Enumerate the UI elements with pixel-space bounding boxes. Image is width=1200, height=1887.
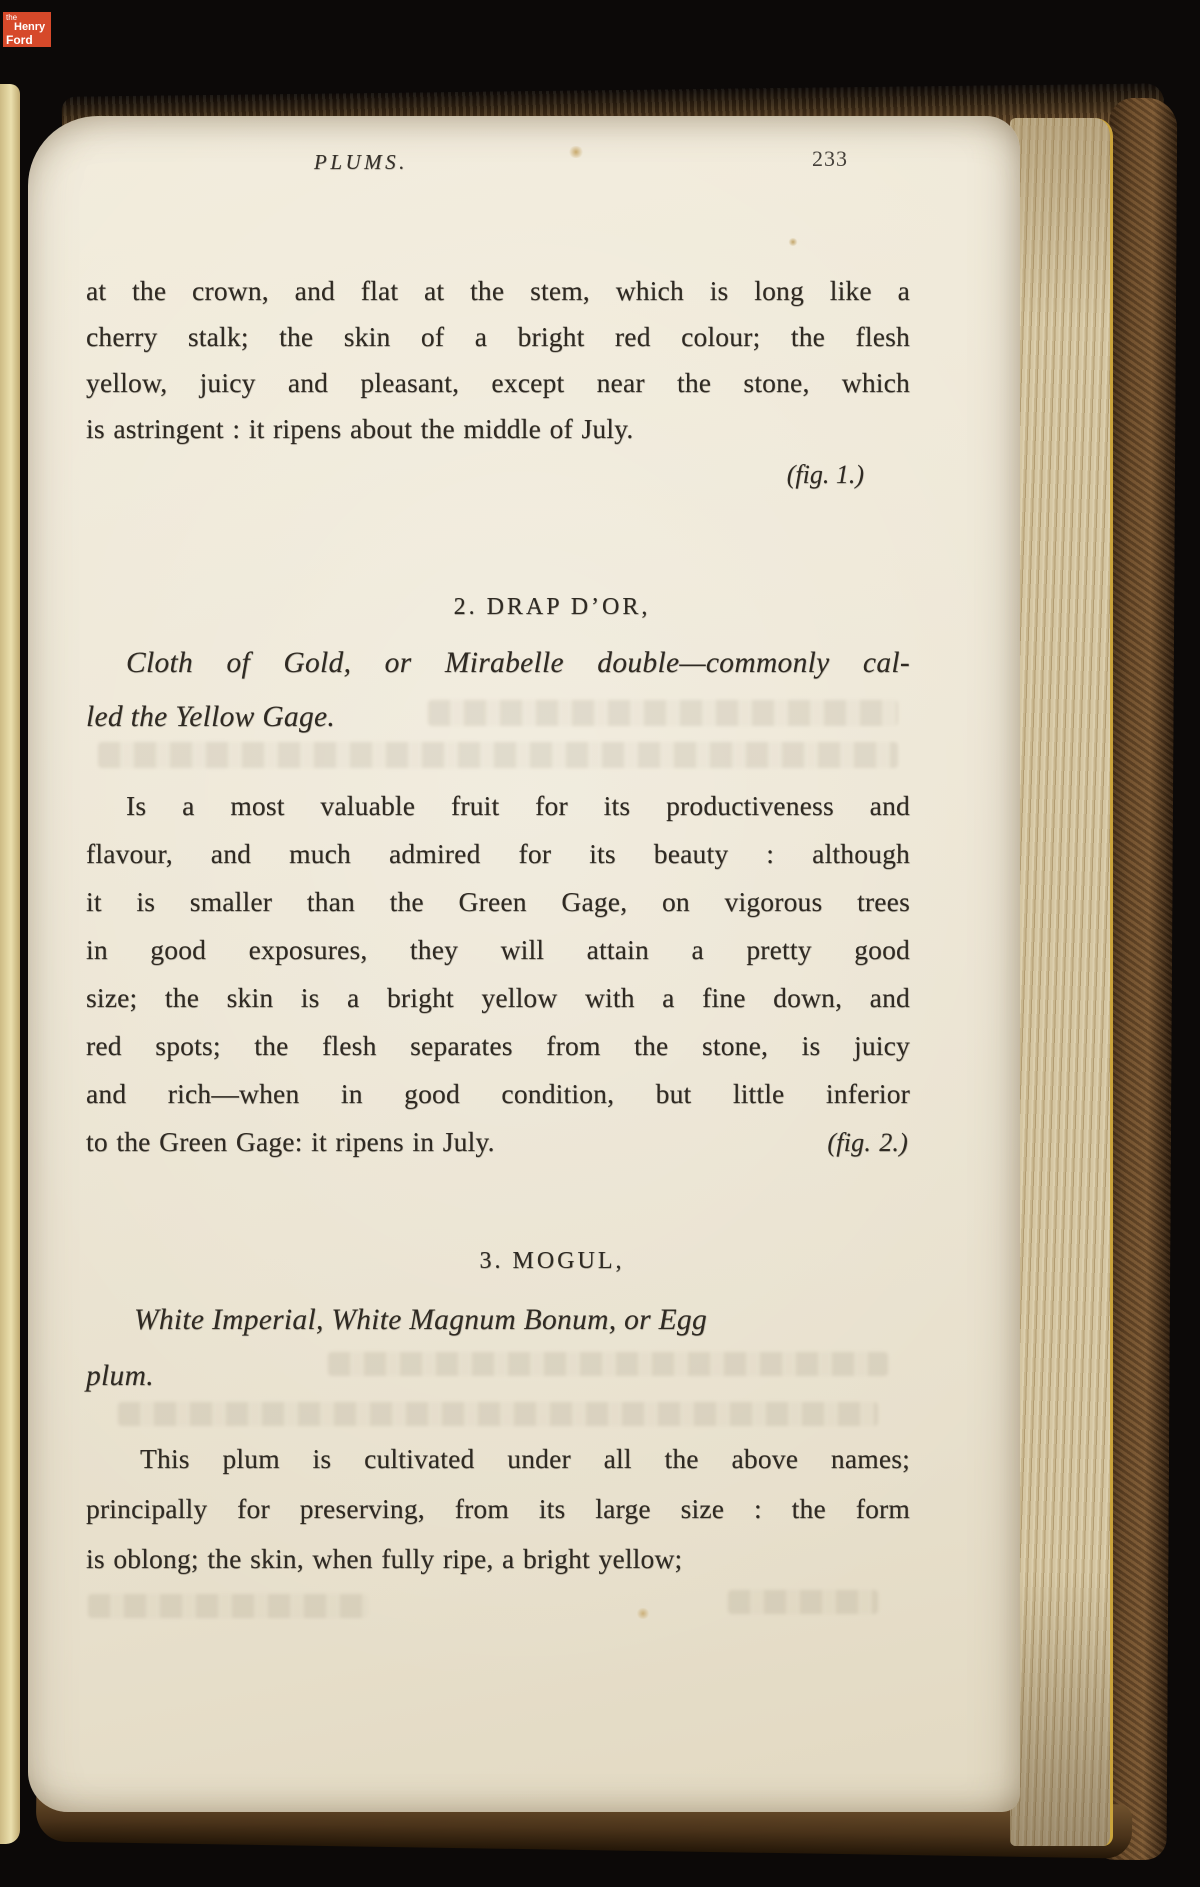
text-line: Is a most valuable fruit for its product… [86,782,910,830]
book-fore-edge-pages [1010,118,1113,1846]
figure-caption: (fig. 2.) [827,1119,910,1167]
text-line: to the Green Gage: it ripens in July. (f… [86,1118,910,1167]
book-page: PLUMS. 233 at the crown, and flat at the… [28,116,1020,1812]
text-line: flavour, and much admired for its beauty… [86,830,910,878]
underlying-page-edge [0,84,20,1844]
text-line: in good exposures, they will attain a pr… [86,926,910,974]
text-line: at the crown, and flat at the stem, whic… [86,268,910,314]
text-line: red spots; the flesh separates from the … [86,1022,910,1070]
text-line: and rich—when in good condition, but lit… [86,1070,910,1118]
text-line: it is smaller than the Green Gage, on vi… [86,878,910,926]
intro-paragraph: at the crown, and flat at the stem, whic… [86,268,910,452]
figure-caption: (fig. 1.) [86,460,910,490]
section-synonyms: White Imperial, White Magnum Bonum, or E… [86,1292,910,1404]
text-line-part: to the Green Gage: it ripens in July. [86,1118,495,1166]
section-body: This plum is cultivated under all the ab… [86,1434,910,1584]
logo-word-henry: Henry [14,22,49,33]
text-line: principally for preserving, from its lar… [86,1484,910,1534]
page-number: 233 [812,146,848,172]
book-photo: { "colors": { "background": "#0c0908", "… [0,0,1200,1887]
text-line: is oblong; the skin, when fully ripe, a … [86,1534,910,1584]
text-line: Cloth of Gold, or Mirabelle double—commo… [86,636,910,690]
text-line: plum. [86,1348,910,1404]
logo-word-ford: Ford [6,34,49,46]
text-line: cherry stalk; the skin of a bright red c… [86,314,910,360]
running-header: PLUMS. [314,150,408,175]
section-body: Is a most valuable fruit for its product… [86,782,910,1167]
text-line: led the Yellow Gage. [86,690,910,744]
text-line: size; the skin is a bright yellow with a… [86,974,910,1022]
text-line: This plum is cultivated under all the ab… [86,1434,910,1484]
text-line: White Imperial, White Magnum Bonum, or E… [86,1292,910,1348]
text-line: is astringent : it ripens about the midd… [86,406,910,452]
section-synonyms: Cloth of Gold, or Mirabelle double—commo… [86,636,910,744]
section-heading: 3. MOGUL, [140,1248,964,1275]
text-line: yellow, juicy and pleasant, except near … [86,360,910,406]
henry-ford-logo: the Henry Ford [3,12,51,47]
page-text-area: PLUMS. 233 at the crown, and flat at the… [86,116,910,1812]
section-heading: 2. DRAP D’OR, [140,594,964,621]
